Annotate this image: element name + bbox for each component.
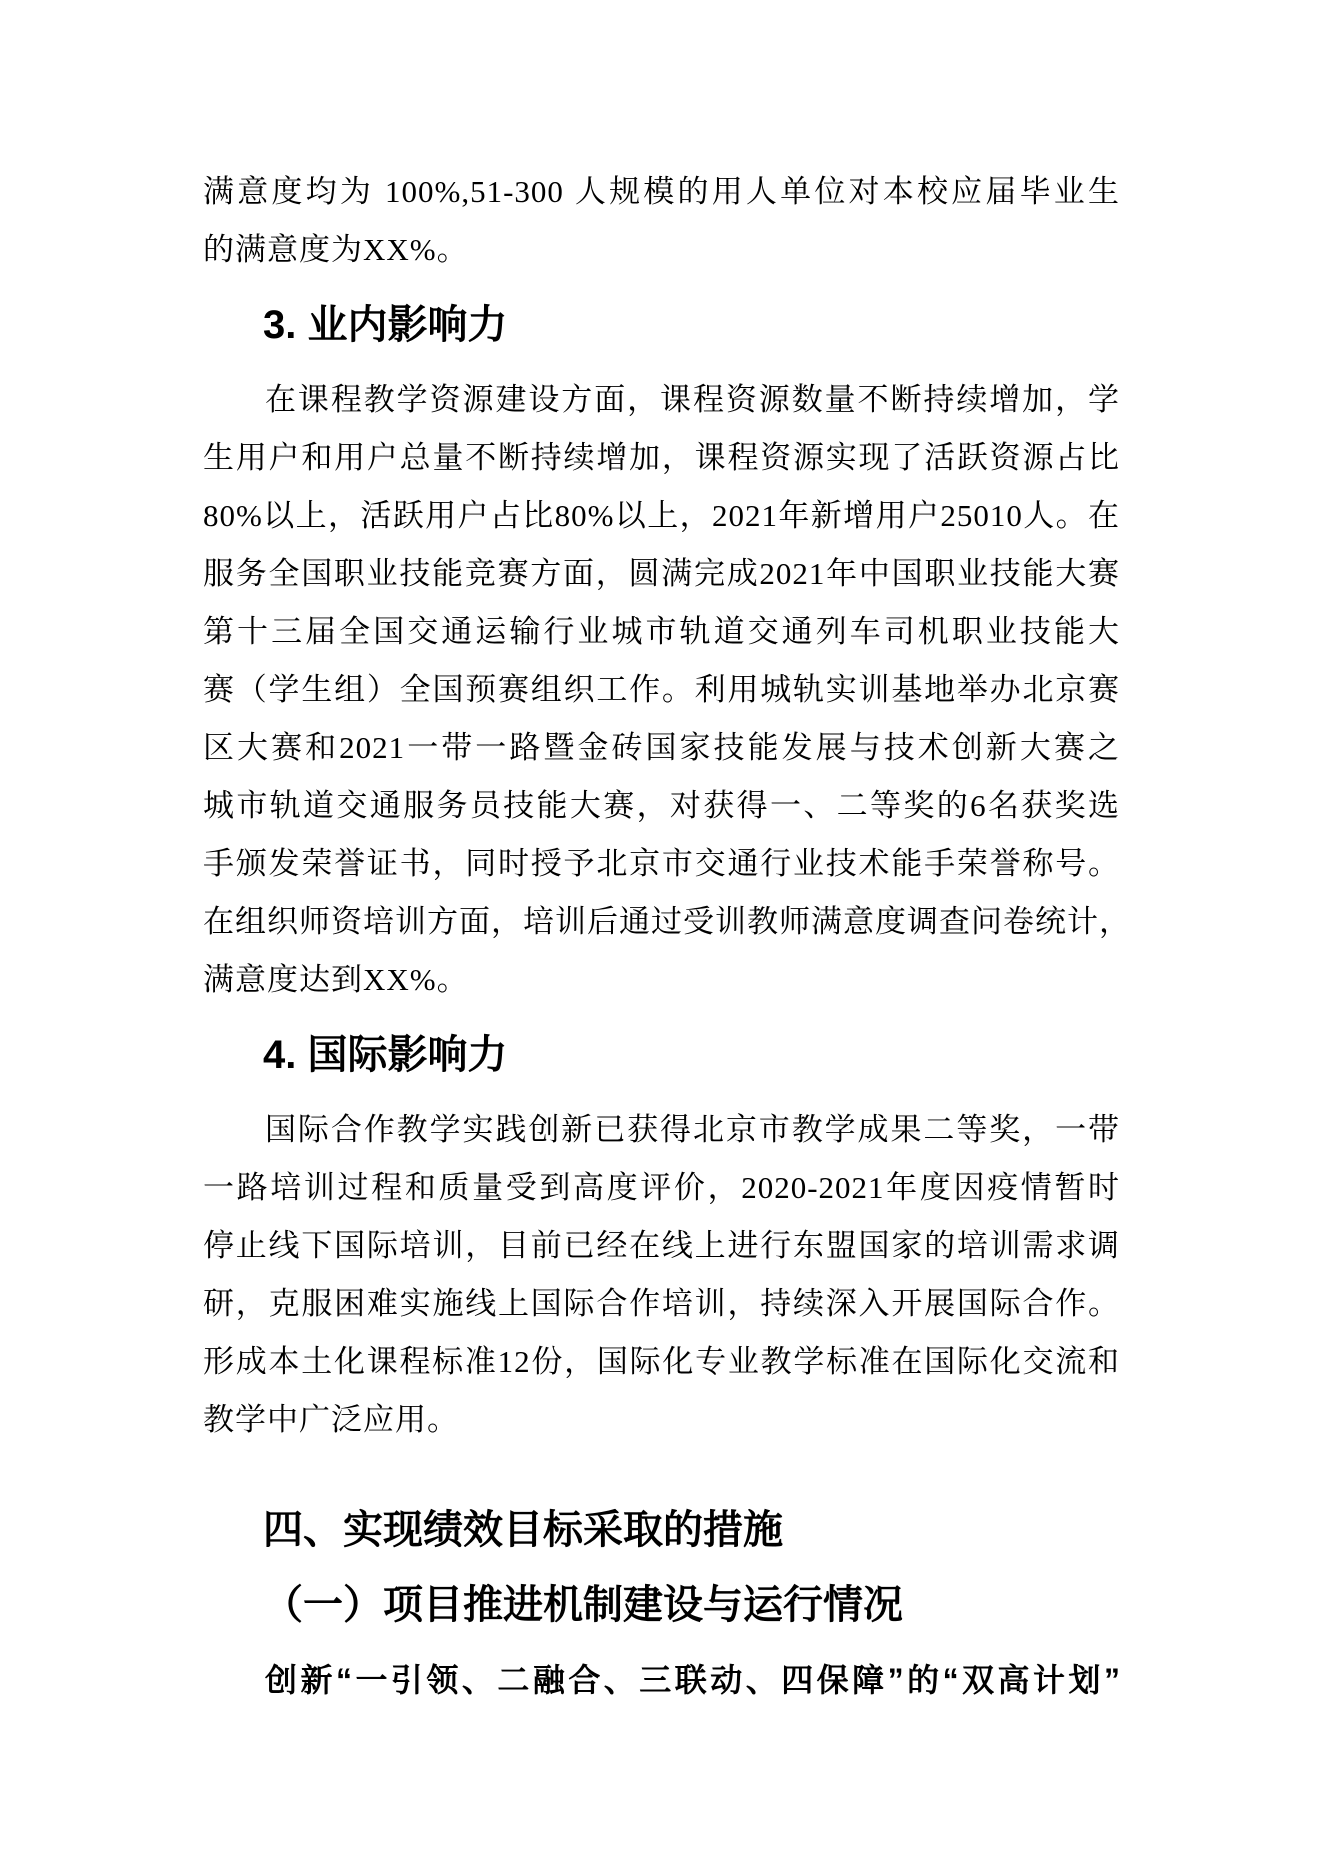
text-line: 一路培训过程和质量受到高度评价，2020-2021年度因疫情暂时 xyxy=(203,1159,1120,1217)
text-line: 在课程教学资源建设方面，课程资源数量不断持续增加，学 xyxy=(203,371,1120,429)
text-line: 城市轨道交通服务员技能大赛，对获得一、二等奖的6名获奖选 xyxy=(203,777,1120,835)
text-line: 在组织师资培训方面，培训后通过受训教师满意度调查问卷统计， xyxy=(203,893,1120,951)
heading-industry-influence: 3. 业内影响力 xyxy=(203,296,1120,354)
text-line: 生用户和用户总量不断持续增加，课程资源实现了活跃资源占比 xyxy=(203,429,1120,487)
heading-project-mechanism: （一）项目推进机制建设与运行情况 xyxy=(203,1576,1120,1634)
paragraph-employer-satisfaction: 满意度均为 100%,51-300 人规模的用人单位对本校应届毕业生 的满意度为… xyxy=(203,163,1120,279)
text-line: 服务全国职业技能竞赛方面，圆满完成2021年中国职业技能大赛 xyxy=(203,545,1120,603)
paragraph-industry-influence: 在课程教学资源建设方面，课程资源数量不断持续增加，学 生用户和用户总量不断持续增… xyxy=(203,371,1120,1009)
heading-measures-taken: 四、实现绩效目标采取的措施 xyxy=(203,1501,1120,1559)
document-page: 满意度均为 100%,51-300 人规模的用人单位对本校应届毕业生 的满意度为… xyxy=(0,0,1323,1871)
text-line: 创新“一引领、二融合、三联动、四保障”的“双高计划” xyxy=(203,1651,1120,1709)
text-line: 第十三届全国交通运输行业城市轨道交通列车司机职业技能大 xyxy=(203,603,1120,661)
text-line: 满意度均为 100%,51-300 人规模的用人单位对本校应届毕业生 xyxy=(203,163,1120,221)
text-line: 手颁发荣誉证书，同时授予北京市交通行业技术能手荣誉称号。 xyxy=(203,835,1120,893)
text-line: 研，克服困难实施线上国际合作培训，持续深入开展国际合作。 xyxy=(203,1275,1120,1333)
text-line: 形成本土化课程标准12份，国际化专业教学标准在国际化交流和 xyxy=(203,1333,1120,1391)
text-line: 赛（学生组）全国预赛组织工作。利用城轨实训基地举办北京赛 xyxy=(203,661,1120,719)
paragraph-international-influence: 国际合作教学实践创新已获得北京市教学成果二等奖，一带 一路培训过程和质量受到高度… xyxy=(203,1101,1120,1449)
text-line: 的满意度为XX%。 xyxy=(203,221,1120,279)
text-line: 国际合作教学实践创新已获得北京市教学成果二等奖，一带 xyxy=(203,1101,1120,1159)
text-line: 教学中广泛应用。 xyxy=(203,1391,1120,1449)
heading-international-influence: 4. 国际影响力 xyxy=(203,1026,1120,1084)
paragraph-innovation-model: 创新“一引领、二融合、三联动、四保障”的“双高计划” xyxy=(203,1651,1120,1709)
text-line: 区大赛和2021一带一路暨金砖国家技能发展与技术创新大赛之 xyxy=(203,719,1120,777)
text-line: 80%以上，活跃用户占比80%以上，2021年新增用户25010人。在 xyxy=(203,487,1120,545)
text-line: 停止线下国际培训，目前已经在线上进行东盟国家的培训需求调 xyxy=(203,1217,1120,1275)
text-line: 满意度达到XX%。 xyxy=(203,951,1120,1009)
